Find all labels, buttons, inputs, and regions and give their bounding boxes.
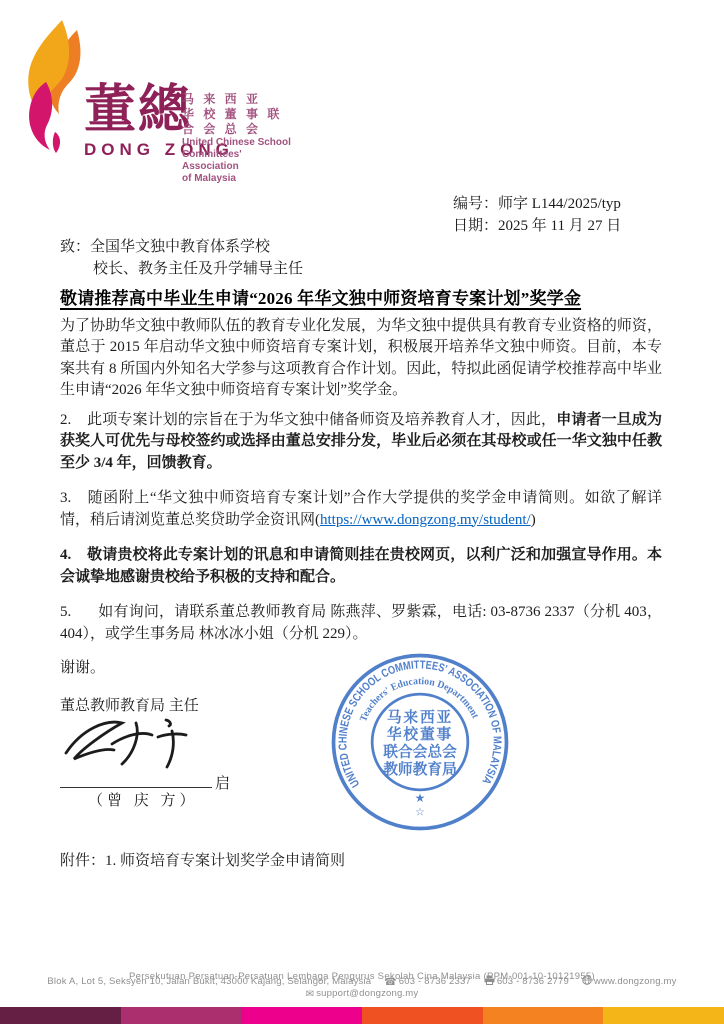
official-seal: UNITED CHINESE SCHOOL COMMITTEES' ASSOCI…	[328, 650, 512, 834]
footer-contact-line: Blok A, Lot 5, Seksyen 10, Jalan Bukit, …	[0, 975, 724, 1000]
globe-icon	[582, 975, 592, 988]
logo-cn-line1: 马 来 西 亚	[182, 92, 292, 107]
footer-email: ✉support@dongzong.my	[306, 988, 419, 999]
paragraph-3-number: 3.	[60, 488, 87, 510]
seal-star-filled-icon: ★	[415, 791, 426, 805]
footer-phone: ☎603 - 8736 2337	[384, 976, 471, 987]
attachment-note: 附件：1. 师资培育专案计划奖学金申请简则	[60, 851, 662, 873]
seal-center-line3: 联合会总会	[383, 743, 457, 761]
seal-center-line1: 马来西亚	[387, 708, 453, 726]
mail-icon: ✉	[306, 989, 315, 1000]
scholarship-info-link[interactable]: https://www.dongzong.my/student/	[320, 512, 531, 528]
paragraph-5-number: 5.	[60, 602, 98, 624]
logo-zh-text: 董總	[84, 84, 192, 136]
letter-date: 日期：2025 年 11 月 27 日	[453, 216, 662, 238]
letter-page: 董總 DONG ZONG 马 来 西 亚 华 校 董 事 联 合 会 总 会 U…	[0, 0, 724, 1024]
paragraph-2-number: 2.	[60, 410, 87, 432]
paragraph-2: 2.此项专案计划的宗旨在于为华文独中储备师资及培养教育人才，因此，申请者一旦成为…	[60, 410, 662, 475]
bar-segment-5	[483, 1007, 604, 1024]
seal-stamp-icon: UNITED CHINESE SCHOOL COMMITTEES' ASSOCI…	[328, 650, 512, 834]
paragraph-5: 5.如有询问，请联系董总教师教育局 陈燕萍、罗紫霖，电话: 03-8736 23…	[60, 602, 662, 645]
handwritten-signature	[54, 711, 214, 773]
logo-cn-line2: 华 校 董 事 联 合 会 总 会	[182, 107, 292, 137]
flame-icon	[22, 20, 88, 160]
paragraph-1: 为了协助华文独中教师队伍的教育专业化发展，为华文独中提供具有教育专业资格的师资，…	[60, 316, 662, 402]
signature-line	[60, 769, 212, 788]
logo-en-line3: of Malaysia	[182, 173, 292, 185]
paragraph-4-number: 4.	[60, 545, 87, 567]
signature-qi: 启	[215, 774, 230, 796]
bar-segment-4	[362, 1007, 483, 1024]
letter-title: 敬请推荐高中毕业生申请“2026 年华文独中师资培育专案计划”奖学金	[60, 288, 662, 310]
bar-segment-1	[0, 1007, 121, 1024]
bar-segment-2	[121, 1007, 242, 1024]
logo-en-line1: United Chinese School	[182, 137, 292, 149]
fax-icon	[484, 975, 495, 988]
reference-number: 编号：师字 L144/2025/typ	[453, 194, 662, 216]
paragraph-4: 4.敬请贵校将此专案计划的讯息和申请简则挂在贵校网页，以利广泛和加强宣导作用。本…	[60, 545, 662, 588]
seal-star-outline-icon: ☆	[415, 806, 425, 819]
footer-color-bar	[0, 1007, 724, 1024]
recipient-line1: 致：全国华文独中教育体系学校	[60, 237, 662, 259]
footer-address: Blok A, Lot 5, Seksyen 10, Jalan Bukit, …	[47, 976, 371, 987]
paragraph-3: 3.随函附上“华文独中师资培育专案计划”合作大学提供的奖学金申请简则。如欲了解详…	[60, 488, 662, 531]
logo-association-name: 马 来 西 亚 华 校 董 事 联 合 会 总 会 United Chinese…	[182, 92, 292, 185]
bar-segment-3	[241, 1007, 362, 1024]
seal-center-line4: 教师教育局	[383, 760, 457, 778]
logo-en-line2: Committees' Association	[182, 149, 292, 173]
letterhead-logo: 董總 DONG ZONG 马 来 西 亚 华 校 董 事 联 合 会 总 会 U…	[22, 20, 292, 165]
footer-website: www.dongzong.my	[582, 976, 677, 987]
footer-fax: 603 - 8736 2779	[484, 976, 569, 987]
reference-block: 编号：师字 L144/2025/typ 日期：2025 年 11 月 27 日	[453, 194, 662, 237]
recipient-line2: 校长、教务主任及升学辅导主任	[60, 259, 662, 281]
seal-center-line2: 华校董事	[387, 725, 453, 743]
recipient-block: 致：全国华文独中教育体系学校 校长、教务主任及升学辅导主任	[60, 237, 662, 280]
phone-icon: ☎	[384, 977, 397, 988]
bar-segment-6	[603, 1007, 724, 1024]
signatory-name: （曾 庆 方）	[88, 791, 199, 813]
